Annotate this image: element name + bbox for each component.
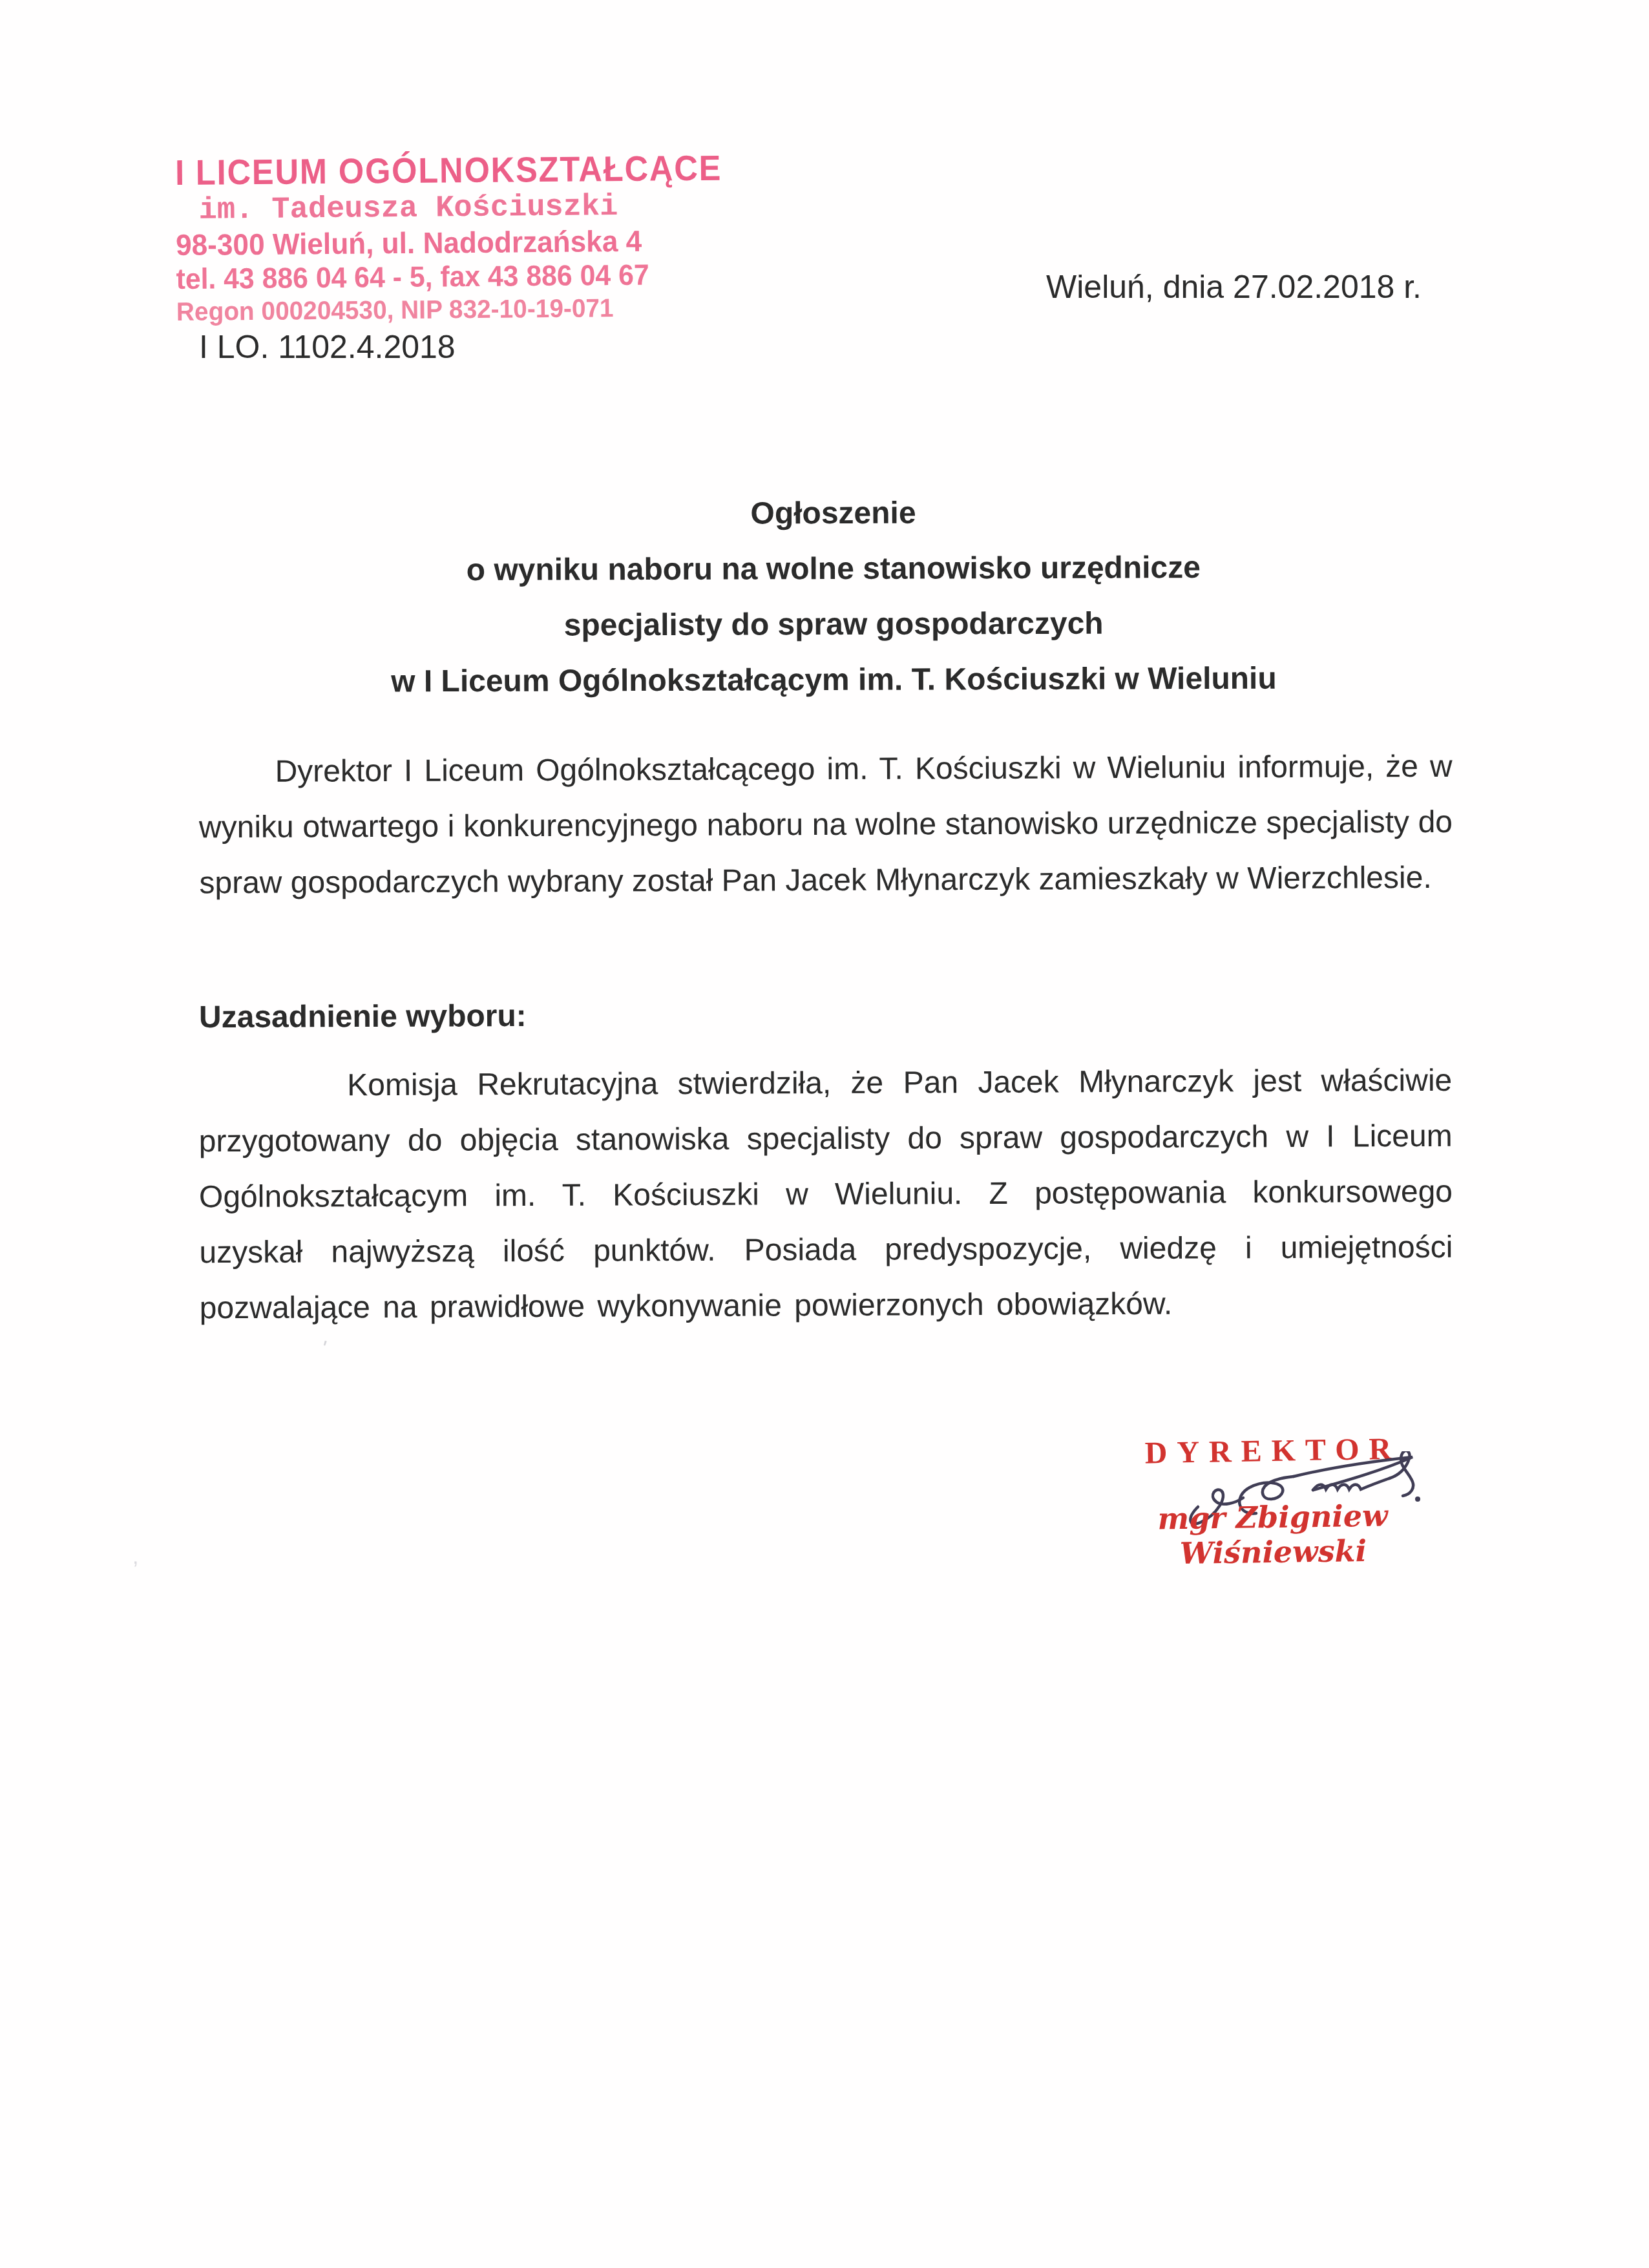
scan-speck: , (132, 1544, 138, 1570)
title-line-1: Ogłoszenie (103, 483, 1563, 544)
scan-speck: ʹ (317, 1336, 329, 1361)
director-name-stamp: mgr Zbigniew Wiśniewski (1098, 1497, 1447, 1572)
stamp-patron-name: im. Tadeusza Kościuszki (198, 191, 770, 226)
signature-block: DYREKTOR mgr Zbigniew Wiśniewski (1098, 1433, 1447, 1570)
title-line-3: specjalisty do spraw gospodarczych (103, 594, 1564, 655)
stamp-address: 98-300 Wieluń, ul. Nadodrzańska 4 (176, 225, 746, 260)
reference-number: I LO. 1102.4.2018 (199, 328, 456, 366)
justification-heading: Uzasadnienie wyboru: (199, 998, 527, 1035)
stamp-phone-fax: tel. 43 886 04 64 - 5, fax 43 886 04 67 (176, 259, 740, 293)
school-header-stamp: I LICEUM OGÓLNOKSZTAŁCĄCE im. Tadeusza K… (175, 150, 771, 325)
stamp-regon-nip: Regon 000204530, NIP 832-10-19-071 (176, 294, 753, 325)
body-paragraph-result: Dyrektor I Liceum Ogólnokształcącego im.… (198, 739, 1453, 911)
title-line-4: w I Liceum Ogólnokształcącym im. T. Kośc… (103, 650, 1564, 711)
title-line-2: o wyniku naboru na wolne stanowisko urzę… (103, 539, 1564, 600)
announcement-title: Ogłoszenie o wyniku naboru na wolne stan… (103, 483, 1564, 711)
scanned-letter-page: I LICEUM OGÓLNOKSZTAŁCĄCE im. Tadeusza K… (0, 0, 1649, 2268)
stamp-school-name: I LICEUM OGÓLNOKSZTAŁCĄCE (175, 151, 722, 191)
body-paragraph-justification: Komisja Rekrutacyjna stwierdziła, że Pan… (198, 1053, 1453, 1336)
place-and-date: Wieluń, dnia 27.02.2018 r. (1046, 268, 1422, 306)
